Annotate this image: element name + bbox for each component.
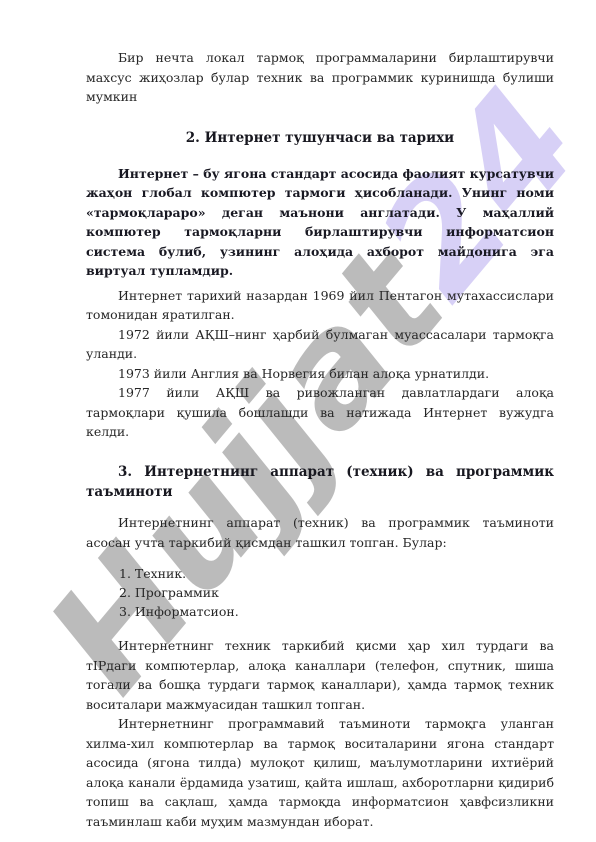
history-paragraph-1973: 1973 йили Англия ва Норвегия билан алоқа… bbox=[86, 364, 554, 384]
section-2-heading: 2. Интернет тушунчаси ва тарихи bbox=[86, 128, 554, 149]
document-page: Hujjat24 Бир нечта локал тармоқ программ… bbox=[0, 0, 596, 842]
history-paragraph-1972: 1972 йили АҚШ–нинг ҳарбий булмаган муасс… bbox=[86, 325, 554, 364]
components-list: 1. Техник. 2. Программик 3. Информатсион… bbox=[86, 565, 554, 621]
section-3-heading: 3. Интернетнинг аппарат (техник) ва прог… bbox=[86, 462, 554, 503]
intro-paragraph: Бир нечта локал тармоқ программаларини б… bbox=[86, 48, 554, 107]
components-intro-paragraph: Интернетнинг аппарат (техник) ва програм… bbox=[86, 513, 554, 552]
software-paragraph: Интернетнинг программавий таъминоти тарм… bbox=[86, 714, 554, 831]
list-item: 1. Техник. bbox=[119, 565, 554, 584]
history-paragraph-1969: Интернет тарихий назардан 1969 йил Пента… bbox=[86, 286, 554, 325]
internet-definition-paragraph: Интернет – бу ягона стандарт асосида фао… bbox=[86, 164, 554, 281]
document-content: Бир нечта локал тармоқ программаларини б… bbox=[86, 48, 554, 812]
history-paragraph-1977: 1977 йили АҚШ ва ривожланган давлатларда… bbox=[86, 383, 554, 442]
technical-paragraph: Интернетнинг техник таркибий қисми ҳар х… bbox=[86, 636, 554, 714]
list-item: 2. Программик bbox=[119, 584, 554, 603]
list-item: 3. Информатсион. bbox=[119, 603, 554, 622]
